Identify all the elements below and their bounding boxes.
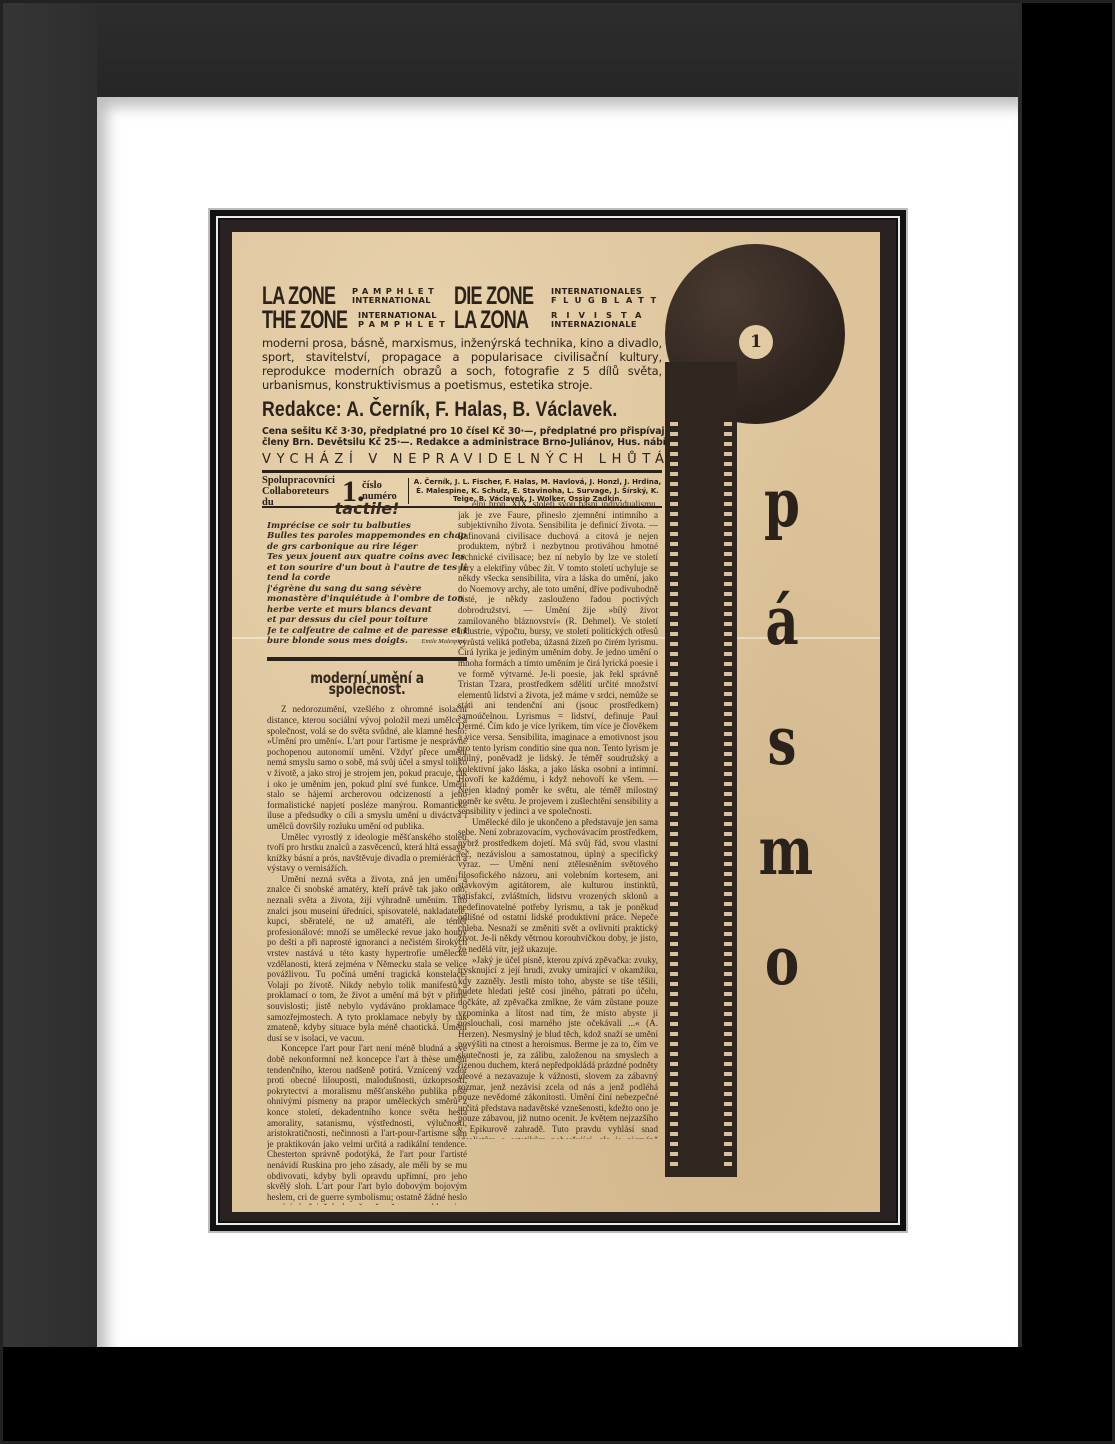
poem-line: de grs carbonique au rire léger [267,542,467,553]
film-perforations-left [670,422,678,1169]
poem-body: Imprécise ce soir tu balbutiesBulles tes… [267,521,467,647]
masthead-la-zona: LA ZONA RIVISTA INTERNAZIONALE [454,306,650,335]
poem-line: tend la corde [267,573,467,584]
editors-line: Redakce: A. Černík, F. Halas, B. Václave… [262,398,598,422]
article-paragraph: Z nedorozumění, vzešlého z ohromné isola… [267,704,467,831]
masthead-subtitle: PAMPHLET INTERNATIONAL [352,287,454,305]
title-letter: s [759,702,806,780]
article-column-1: Z nedorozumění, vzešlého z ohromné isola… [267,704,467,1205]
masthead-row-1: LA ZONE PAMPHLET INTERNATIONAL DIE ZONE … [262,284,662,308]
article-paragraph: Koncepce l'art pour l'art není méně blud… [267,1043,467,1205]
poem-line: et ton sourire d'un bout à l'autre de te… [267,563,467,574]
issue-number: 1. [342,487,362,496]
poem-line: Bulles tes paroles mappemondes en chapel… [267,531,467,542]
poem-line: j'égrène du sang du sang sévère [267,584,467,595]
masthead-intro: moderni prosa, básně, marxismus, inženýr… [262,336,662,392]
masthead-the-zone: THE ZONE INTERNATIONAL PAMPHLET [262,306,454,335]
poem-line: Tes yeux jouent aux quatre coins avec le… [267,552,467,563]
column-left: tactile! Imprécise ce soir tu balbutiesB… [267,500,467,1205]
price-line: Cena sešitu Kč 3·30, předplatné pro 10 č… [262,426,662,448]
title-letter: p [759,464,806,542]
title-letter: á [759,582,806,660]
masthead-subtitle: RIVISTA INTERNAZIONALE [551,311,650,329]
poem-line: monastère d'inquiétude à l'ombre de ton … [267,594,467,605]
poem-line: Imprécise ce soir tu balbuties [267,521,467,532]
article-paragraph: »Jaký je účel písně, kterou zpívá zpěvač… [458,955,658,1139]
pasmo-broadsheet: LA ZONE PAMPHLET INTERNATIONAL DIE ZONE … [232,232,880,1212]
article-title: moderní umění a společnost. [285,673,449,694]
masthead-title: LA ZONA [454,306,524,335]
film-perforations-right [724,422,732,1169]
column-right: elní hron. XIX. století svou básní indiv… [458,499,658,1139]
divider-rule [267,657,467,661]
poem-line: herbe verte et murs blancs devant [267,605,467,616]
article-paragraph: elní hron. XIX. století svou básní indiv… [458,499,658,817]
publication-frequency: VYCHÁZÍ V NEPRAVIDELNÝCH LHŮTÁCH. [262,452,662,467]
masthead-subtitle: INTERNATIONAL PAMPHLET [358,311,454,329]
article-paragraph: Umění nezná světa a života, zná jen uměn… [267,874,467,1044]
poem-title: tactile! [267,504,467,515]
masthead-subtitle: INTERNATIONALES FLUGBLATT [551,287,663,305]
masthead-row-2: THE ZONE INTERNATIONAL PAMPHLET LA ZONA … [262,308,662,332]
issue-label: číslo numéro [362,480,404,502]
poem-line: Je te calfeutre de calme et de paresse e… [267,626,467,637]
poem-line: et par dessus du ciel pour toiture [267,615,467,626]
masthead-title: THE ZONE [262,306,331,335]
article-paragraph: Umělec vyrostlý z ideologie měšťanského … [267,832,467,874]
article-column-2: elní hron. XIX. století svou básní indiv… [458,499,658,1139]
divider-rule [262,470,662,473]
title-letter: m [759,812,806,890]
film-strip-graphic [665,362,737,1177]
article-paragraph: Umělecké dílo je ukončeno a představuje … [458,817,658,955]
masthead: LA ZONE PAMPHLET INTERNATIONAL DIE ZONE … [262,284,662,508]
title-letter: o [759,922,806,1000]
reel-issue-number: 1 [739,325,773,359]
